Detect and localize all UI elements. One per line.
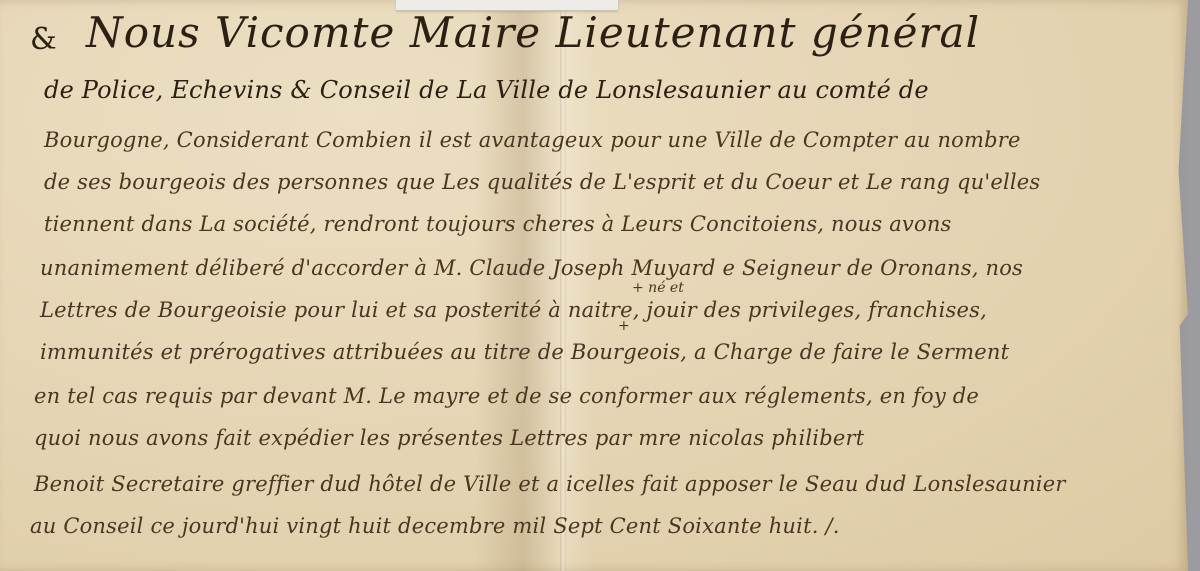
insertion-mark: + [618, 318, 630, 334]
text-line-1: de Police, Echevins & Conseil de La Vill… [44, 76, 929, 104]
text-line-4: tiennent dans La société, rendront toujo… [44, 212, 952, 236]
text-line-9: quoi nous avons fait expédier les présen… [34, 426, 864, 450]
text-line-8: en tel cas requis par devant M. Le mayre… [34, 384, 979, 408]
text-line-5: unanimement déliberé d'accorder à M. Cla… [40, 256, 1023, 280]
flourish-ornament: & [30, 22, 57, 57]
background-edge [1188, 0, 1200, 571]
text-line-7: immunités et prérogatives attribuées au … [40, 340, 1009, 364]
text-line-3: de ses bourgeois des personnes que Les q… [44, 170, 1040, 194]
text-line-10: Benoit Secretaire greffier dud hôtel de … [34, 472, 1066, 496]
interlinear-insertion: + né et [632, 280, 684, 296]
document-title: Nous Vicomte Maire Lieutenant général [86, 8, 980, 57]
text-line-11: au Conseil ce jourd'hui vingt huit decem… [30, 514, 840, 538]
text-line-6: Lettres de Bourgeoisie pour lui et sa po… [40, 298, 987, 322]
text-line-2: Bourgogne, Considerant Combien il est av… [44, 128, 1021, 152]
